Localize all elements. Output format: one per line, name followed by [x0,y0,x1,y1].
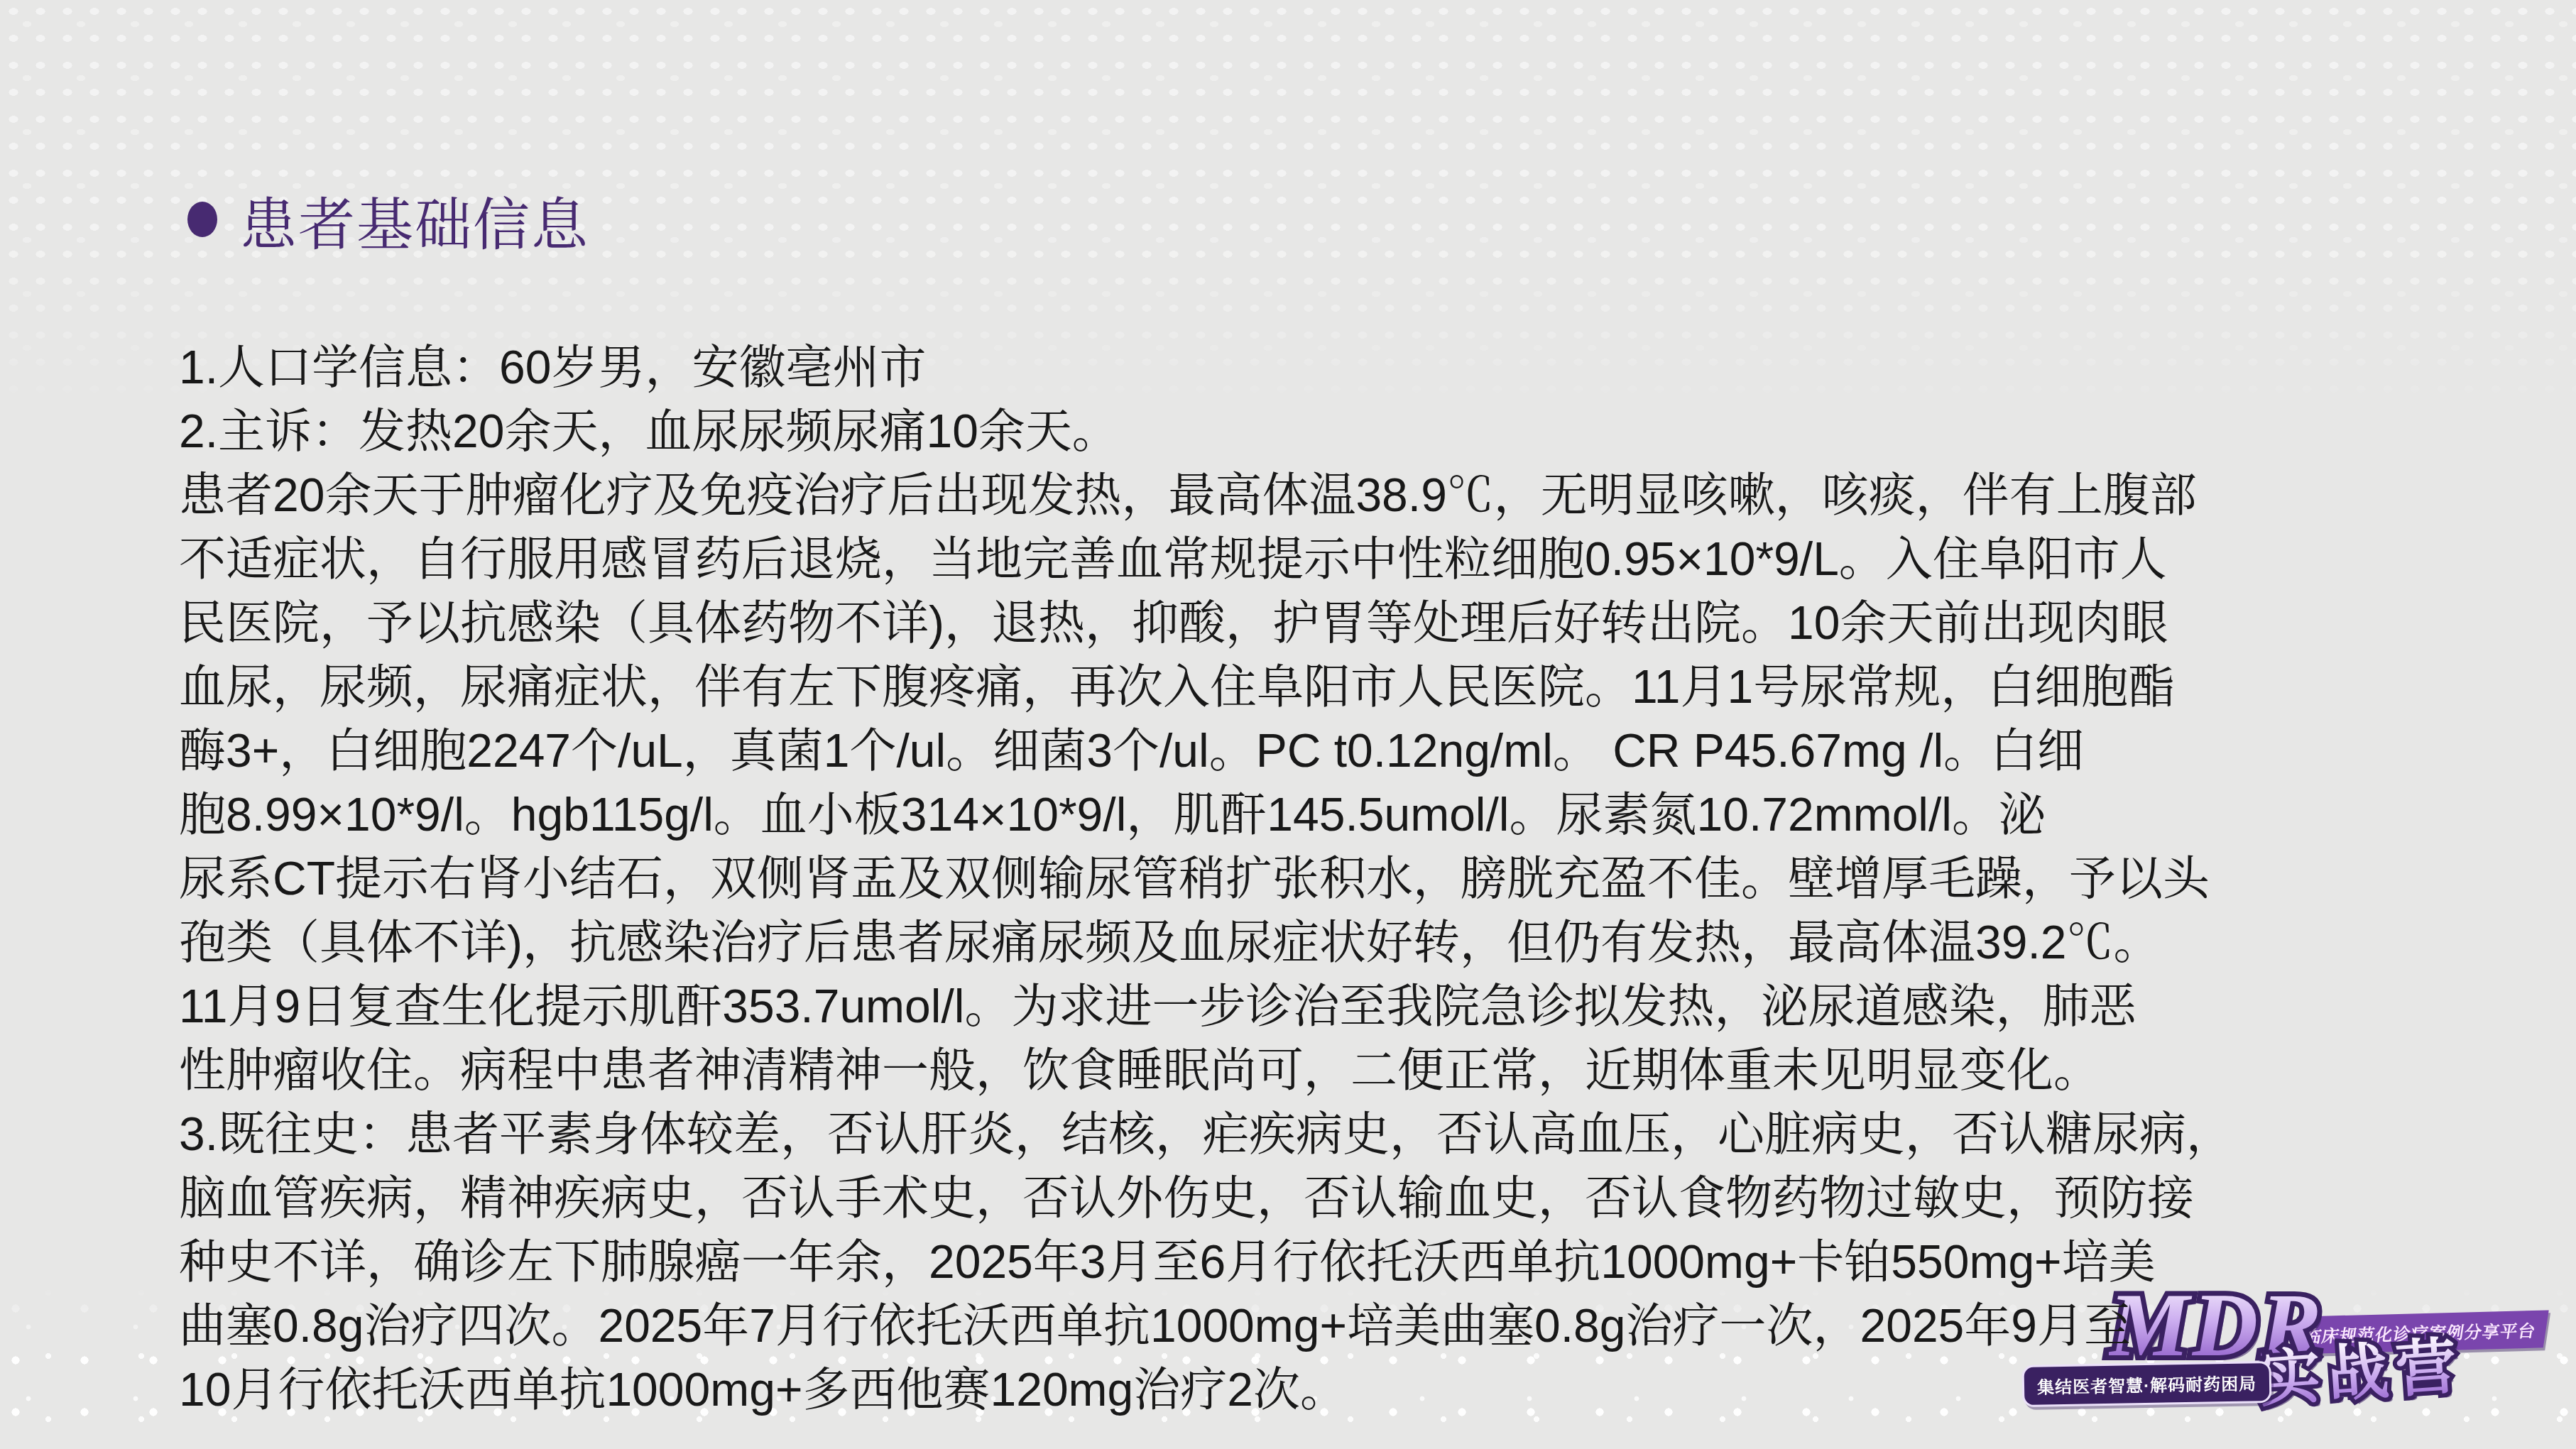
slide: 患者基础信息 1.人口学信息：60岁男，安徽亳州市2.主诉：发热20余天，血尿尿… [0,0,2576,1449]
mdr-camp-wordmark: 实战营 实战营 [2257,1333,2466,1413]
title-bullet-icon [187,202,217,237]
body-text-line: 脑血管疾病，精神疾病史，否认手术史，否认外伤史，否认输血史，否认食物药物过敏史，… [179,1166,2233,1230]
body-text-line: 11月9日复查生化提示肌酐353.7umol/l。为求进一步诊治至我院急诊拟发热… [179,974,2233,1038]
body-text-line: 性肿瘤收住。病程中患者神清精神一般，饮食睡眠尚可，二便正常，近期体重未见明显变化… [179,1038,2233,1102]
body-text-line: 孢类（具体不详)，抗感染治疗后患者尿痛尿频及血尿症状好转，但仍有发热，最高体温3… [179,910,2233,974]
body-text-line: 患者20余天于肿瘤化疗及免疫治疗后出现发热，最高体温38.9℃，无明显咳嗽，咳痰… [179,463,2233,527]
body-text-line: 血尿，尿频，尿痛症状，伴有左下腹疼痛，再次入住阜阳市人民医院。11月1号尿常规，… [179,655,2233,718]
body-text-line: 胞8.99×10*9/l。hgb115g/l。血小板314×10*9/l，肌酐1… [179,782,2233,846]
body-text-line: 酶3+，白细胞2247个/uL，真菌1个/ul。细菌3个/ul。PC t0.12… [179,718,2233,782]
patient-case-text: 1.人口学信息：60岁男，安徽亳州市2.主诉：发热20余天，血尿尿频尿痛10余天… [179,335,2233,1421]
body-text-line: 不适症状，自行服用感冒药后退烧，当地完善血常规提示中性粒细胞0.95×10*9/… [179,527,2233,591]
body-text-line: 尿系CT提示右肾小结石，双侧肾盂及双侧输尿管稍扩张积水，膀胱充盈不佳。壁增厚毛躁… [179,846,2233,910]
body-text-line: 2.主诉：发热20余天，血尿尿频尿痛10余天。 [179,399,2233,463]
body-text-line: 3.既往史：患者平素身体较差，否认肝炎，结核，疟疾病史，否认高血压，心脏病史，否… [179,1102,2233,1166]
page-title: 患者基础信息 [240,179,589,261]
body-text-line: 1.人口学信息：60岁男，安徽亳州市 [179,335,2233,399]
body-text-line: 曲塞0.8g治疗四次。2025年7月行依托沃西单抗1000mg+培美曲塞0.8g… [179,1294,2233,1357]
body-text-line: 民医院，予以抗感染（具体药物不详)，退热，抑酸，护胃等处理后好转出院。10余天前… [179,591,2233,655]
body-text-line: 种史不详，确诊左下肺腺癌一年余，2025年3月至6月行依托沃西单抗1000mg+… [179,1230,2233,1294]
mdr-camp-fill: 实战营 [2257,1332,2466,1414]
body-text-line: 10月行依托沃西单抗1000mg+多西他赛120mg治疗2次。 [179,1357,2233,1421]
